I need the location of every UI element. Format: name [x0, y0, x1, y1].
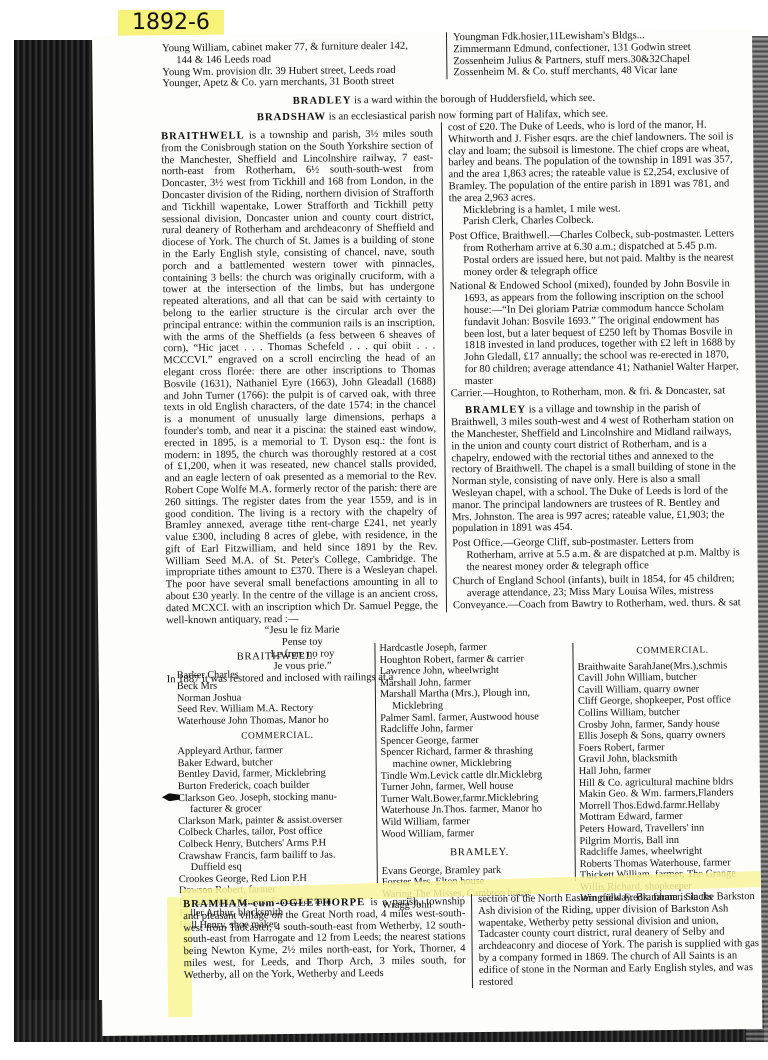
description-text: is a village and township in the parish …: [451, 403, 736, 535]
place-name: BRAITHWELL: [161, 130, 245, 142]
scan-border-left: [14, 40, 99, 1040]
braithwell-bramley-description: cost of £20. The Duke of Leeds, who is l…: [441, 119, 743, 612]
post-office: Post Office.—George Cliff, sub-postmaste…: [452, 535, 742, 573]
section-heading: COMMERCIAL.: [577, 645, 767, 659]
description-text: section of the North Eastern railway. Br…: [478, 891, 761, 988]
bradley-crossref: BRADLEY is a ward within the borough of …: [293, 93, 596, 108]
braithwell-description: BRAITHWELL is a township and parish, 3½ …: [161, 128, 439, 685]
description-text: cost of £20. The Duke of Leeds, who is l…: [448, 119, 739, 205]
school: National & Endowed School (mixed), found…: [450, 279, 741, 388]
crossref-text: is a ward within the borough of Huddersf…: [351, 93, 595, 107]
school: Church of England School (infants), buil…: [453, 574, 743, 601]
place-name: BRAMHAM-cum-OGLETHORPE: [183, 897, 365, 910]
entry: Zossenheim M. & Co. stuff merchants, 48 …: [453, 64, 753, 79]
list-item: Waterhouse John Thomas, Manor ho: [177, 714, 377, 728]
section-heading: COMMERCIAL.: [177, 730, 377, 744]
braithwell-directory-continued: Hardcastle Joseph, farmer Houghton Rober…: [374, 641, 578, 883]
handwritten-year-label: 1892-6: [118, 10, 224, 36]
carrier: Carrier.—Houghton, to Rotherham, mon. & …: [451, 385, 741, 400]
bramley-directory: COMMERCIAL. Braithwaite SarahJane(Mrs.),…: [572, 641, 768, 881]
entry: Younger, Apetz & Co. yarn merchants, 31 …: [162, 76, 452, 91]
list-item: Wood William, farmer: [381, 826, 577, 840]
place-name: BRADLEY: [293, 95, 352, 107]
description-text: is a township and parish, 3½ miles south…: [161, 128, 438, 625]
continuation-right: Youngman Fdk.hosier,11Lewisham's Bldgs..…: [446, 29, 753, 79]
post-office: Post Office, Braithwell.—Charles Colbeck…: [449, 228, 739, 278]
parish-clerk: Parish Clerk, Charles Colbeck.: [449, 214, 739, 229]
continuation-left: Young William, cabinet maker 77, & furni…: [162, 40, 452, 90]
directory-page: Young William, cabinet maker 77, & furni…: [92, 29, 762, 1036]
section-heading: BRAITHWELL.: [176, 650, 376, 664]
bramham-description-right: section of the North Eastern railway. Br…: [471, 891, 761, 988]
conveyance: Conveyance.—Coach from Bawtry to Rotherh…: [453, 597, 743, 612]
bramham-description-left: BRAMHAM-cum-OGLETHORPE is a parish, town…: [183, 896, 466, 982]
place-name: BRAMLEY: [465, 405, 526, 417]
place-name: BRADSHAW: [257, 112, 326, 124]
section-heading: BRAMLEY.: [382, 846, 578, 860]
